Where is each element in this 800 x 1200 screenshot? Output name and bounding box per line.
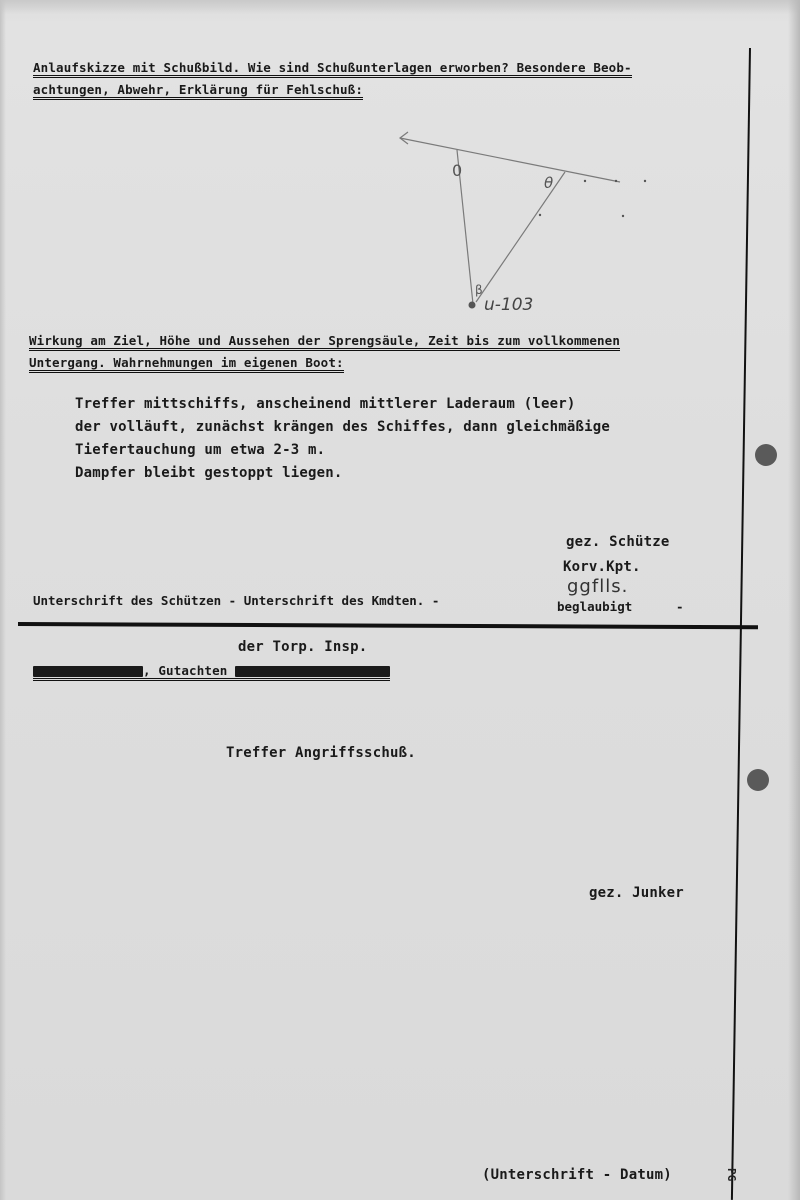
angle-label-right: θ xyxy=(544,174,553,192)
stamp-ggflls: ggflls. xyxy=(567,576,628,597)
page-left-edge xyxy=(0,0,6,1200)
document-page: Anlaufskizze mit Schußbild. Wie sind Sch… xyxy=(0,0,800,1200)
heading-line: achtungen, Abwehr, Erklärung für Fehlsch… xyxy=(33,82,363,100)
inserted-torp-insp: der Torp. Insp. xyxy=(238,636,367,659)
signature-date-caption: (Unterschrift - Datum) xyxy=(482,1164,672,1187)
assessment-text: Treffer Angriffsschuß. xyxy=(226,742,416,765)
punch-hole-bottom xyxy=(747,769,769,791)
heading-line: Untergang. Wahrnehmungen im eigenen Boot… xyxy=(29,355,344,373)
body-line: Tiefertauchung um etwa 2-3 m. xyxy=(75,439,610,462)
section-heading-approach-sketch: Anlaufskizze mit Schußbild. Wie sind Sch… xyxy=(33,57,632,101)
section-heading-assessment: , Gutachten xyxy=(33,660,390,682)
u-boat-position-marker xyxy=(469,302,476,309)
certified-dash: - xyxy=(676,599,684,614)
target-course-line xyxy=(400,138,620,182)
archive-code: PG xyxy=(725,1168,738,1181)
signature-junker: gez. Junker xyxy=(589,882,684,905)
section-divider xyxy=(18,622,758,629)
body-line: der volläuft, zunächst krängen des Schif… xyxy=(75,416,610,439)
body-line: Dampfer bleibt gestoppt liegen. xyxy=(75,462,610,485)
margin-rule xyxy=(731,48,751,1200)
certified-label: beglaubigt xyxy=(557,599,632,614)
angle-label-bottom: β xyxy=(475,283,483,297)
section-heading-effect-on-target: Wirkung am Ziel, Höhe und Aussehen der S… xyxy=(29,330,620,374)
angle-label-left: 0 xyxy=(452,161,462,180)
attack-sketch: 0 θ β u-103 xyxy=(380,120,680,320)
boat-label: u-103 xyxy=(484,295,533,315)
punch-hole-top xyxy=(755,444,777,466)
body-line: Treffer mittschiffs, anscheinend mittler… xyxy=(75,393,610,416)
signature-shooter: gez. Schütze xyxy=(566,531,670,554)
heading-line: Wirkung am Ziel, Höhe und Aussehen der S… xyxy=(29,333,620,351)
heading-line: , Gutachten xyxy=(33,663,390,681)
signature-caption: Unterschrift des Schützen - Unterschrift… xyxy=(33,593,439,608)
struck-out-word xyxy=(235,666,390,677)
page-right-edge xyxy=(788,0,800,1200)
heading-line: Anlaufskizze mit Schußbild. Wie sind Sch… xyxy=(33,60,632,78)
effect-description: Treffer mittschiffs, anscheinend mittler… xyxy=(75,393,610,485)
page-top-shadow xyxy=(0,0,800,14)
struck-out-word xyxy=(33,666,143,677)
